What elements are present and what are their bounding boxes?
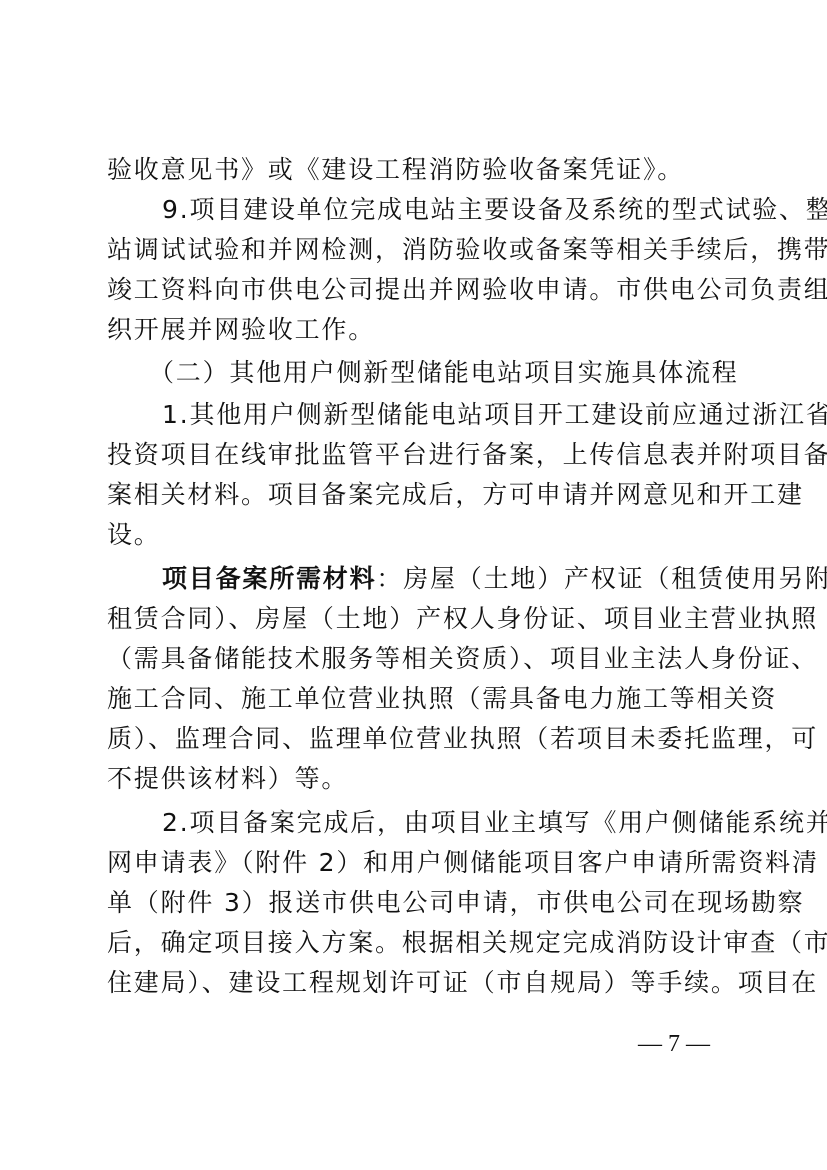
materials-label: 项目备案所需材料 xyxy=(162,559,376,599)
text-line-15: 质）、监理合同、监理单位营业执照（若项目未委托监理，可 xyxy=(107,719,721,759)
text-line-20: 后，确定项目接入方案。根据相关规定完成消防设计审查（市 xyxy=(107,923,721,963)
text-line-10: 设。 xyxy=(107,515,161,555)
text-line-9: 案相关材料。项目备案完成后，方可申请并网意见和开工建 xyxy=(107,475,721,515)
text-line-7: 1.其他用户侧新型储能电站项目开工建设前应通过浙江省 xyxy=(107,395,721,435)
text-line-13: （需具备储能技术服务等相关资质）、项目业主法人身份证、 xyxy=(107,639,721,679)
text-line-18: 网申请表》（附件 2）和用户侧储能项目客户申请所需资料清 xyxy=(107,843,721,883)
materials-text: ：房屋（土地）产权证（租赁使用另附 xyxy=(376,559,827,599)
section-heading: （二）其他用户侧新型储能电站项目实施具体流程 xyxy=(107,353,739,393)
text-line-3: 站调试试验和并网检测，消防验收或备案等相关手续后，携带 xyxy=(107,230,721,270)
text-line-4: 竣工资料向市供电公司提出并网验收申请。市供电公司负责组 xyxy=(107,270,721,310)
text-line-5: 织开展并网验收工作。 xyxy=(107,310,375,350)
text-line-21: 住建局）、建设工程规划许可证（市自规局）等手续。项目在 xyxy=(107,963,721,1003)
text-line-19: 单（附件 3）报送市供电公司申请，市供电公司在现场勘察 xyxy=(107,883,721,923)
text-line-14: 施工合同、施工单位营业执照（需具备电力施工等相关资 xyxy=(107,679,721,719)
materials-line: 项目备案所需材料：房屋（土地）产权证（租赁使用另附 xyxy=(107,559,721,599)
text-line-17: 2.项目备案完成后，由项目业主填写《用户侧储能系统并 xyxy=(107,803,721,843)
text-line-1: 验收意见书》或《建设工程消防验收备案凭证》。 xyxy=(107,150,684,190)
text-line-8: 投资项目在线审批监管平台进行备案，上传信息表并附项目备 xyxy=(107,435,721,475)
page-number: — 7 — xyxy=(638,1030,710,1058)
text-line-12: 租赁合同）、房屋（土地）产权人身份证、项目业主营业执照 xyxy=(107,599,721,639)
text-line-2: 9.项目建设单位完成电站主要设备及系统的型式试验、整 xyxy=(107,190,721,230)
text-line-16: 不提供该材料）等。 xyxy=(107,759,348,799)
